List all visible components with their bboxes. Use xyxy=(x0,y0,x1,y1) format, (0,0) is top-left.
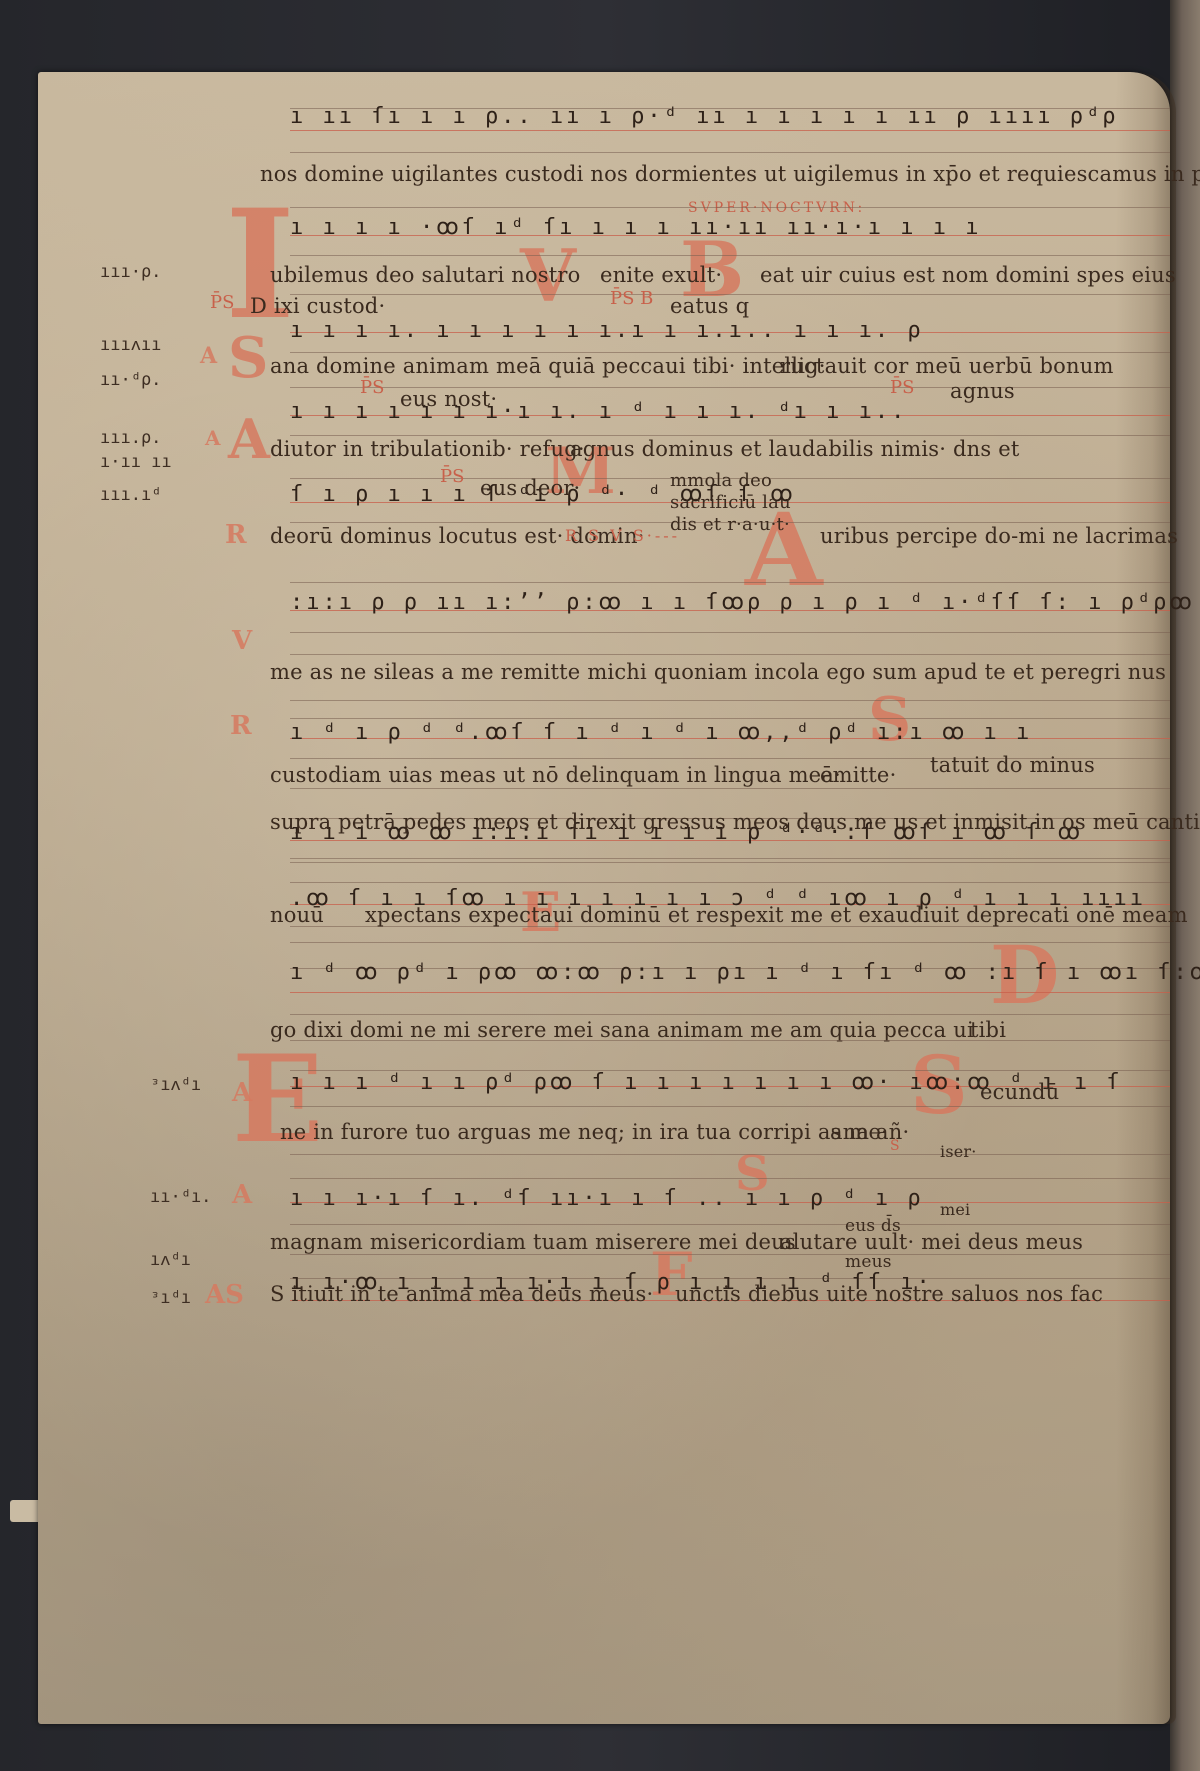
chant-text: eus deor· xyxy=(480,476,580,500)
rubric-versus: R S V S·--- xyxy=(565,526,680,545)
chant-system-10: ı ᵈ ꝏ ρᵈ ı ρꝏ ꝏ:ꝏ ρ:ı ı ρı ı ᵈ ı ſı ᵈ ꝏ … xyxy=(290,930,1170,1040)
margin-note: ıııᴧıı xyxy=(100,335,161,356)
chant-text: ubilemus deo salutari nostro xyxy=(270,263,581,287)
rubric-psalm: P̄S B xyxy=(610,288,653,309)
chant-text: agnus xyxy=(950,379,1015,403)
chant-text: dis et r·a·u·t· xyxy=(670,514,790,535)
page-tab-marker xyxy=(10,1500,40,1522)
chant-text: agnus dominus et laudabilis nimis· dns e… xyxy=(570,437,1019,461)
rubric-versus: S xyxy=(890,1138,900,1154)
chant-system-6: :ı:ı ρ ρ ıı ı:ʼʼ ρ:ꝏ ı ı ſꝏρ ρ ı ρ ı ᵈ ı… xyxy=(290,570,1170,680)
chant-system-5: ſ ı ρ ı ı ı ſ ᵈı ρ ᵈ· ᵈ ꝏſ ſ ꝏ P̄S eus d… xyxy=(290,470,1170,550)
chant-text: ana domine animam meā quiā peccaui tibi·… xyxy=(270,354,826,378)
chant-system-1: ı ıı ſı ı ı ρ.. ıı ı ρ·ᵈ ıı ı ı ı ı ı ıı… xyxy=(290,100,1170,195)
rubric-A: A xyxy=(205,428,221,448)
rubric-psalm: P̄S xyxy=(360,377,384,398)
margin-note: ııı.ρ. xyxy=(100,428,161,448)
margin-note: ᵌıᴧᵈı xyxy=(150,1075,201,1096)
margin-note: ıı·ᵈρ. xyxy=(100,370,161,390)
margin-note: ı·ıı ıı xyxy=(100,452,172,472)
chant-text: S itiuit in te anima mea deus meus· xyxy=(270,1282,653,1306)
rubric-A: A xyxy=(200,345,217,367)
rubric-A: A xyxy=(232,1182,252,1208)
margin-note: ıı·ᵈı. xyxy=(150,1187,211,1207)
neume-row: ı ı ı ı ·ꝏſ ıᵈ ſı ı ı ı ıı·ıı ıı·ı·ı ı ı… xyxy=(290,215,981,240)
rubric-R: R xyxy=(230,713,252,739)
chant-text: go dixi domi ne mi serere mei sana anima… xyxy=(270,1018,974,1042)
rubric-A-S: AS xyxy=(205,1282,244,1308)
margin-note: ᵌıᵈı xyxy=(150,1288,191,1308)
chant-system-3: P̄S D ixi custod· P̄S B eatus q ı ı ı ı.… xyxy=(290,290,1170,380)
chant-text: ne in furore tuo arguas me neq; in ira t… xyxy=(280,1120,888,1144)
chant-text: supra petrā pedes meos et direxit gressu… xyxy=(270,810,1200,834)
chant-text: eatus q xyxy=(670,294,749,318)
margin-note: ııı·ρ. xyxy=(100,262,161,282)
initial-A: A xyxy=(228,412,270,466)
margin-note: ıᴧᵈı xyxy=(150,1250,191,1271)
chant-system-11: ı ı ı ᵈ ı ı ρᵈ ρꝏ ſ ı ı ı ı ı ı ı ꝏ· ıꝏ:… xyxy=(290,1040,1170,1160)
initial-S: S xyxy=(228,330,268,386)
chant-text-superscript: mei xyxy=(940,1200,970,1219)
chant-text-superscript: meus xyxy=(845,1252,892,1272)
chant-text: xpectans expectaui dominū et respexit me… xyxy=(365,903,1188,927)
chant-text-superscript: eus d̄s xyxy=(845,1216,901,1236)
chant-text: uribus percipe do-mi ne lacrimas xyxy=(820,524,1178,548)
chant-text-superscript: iser· xyxy=(940,1142,977,1161)
chant-text: tibi xyxy=(970,1018,1006,1042)
chant-text: unctis diebus uite nostre saluos nos fac xyxy=(675,1282,1103,1306)
chant-text: D ixi custod· xyxy=(250,294,385,318)
chant-text: eat uir cuius est nom domini spes eius xyxy=(760,263,1176,287)
chant-system-4: P̄S eus nost· P̄S agnus ı ı ı ı ı ı ı·ı … xyxy=(290,385,1170,465)
chant-text: ructauit cor meū uerbū bonum xyxy=(780,354,1114,378)
neume-row: ı ᵈ ꝏ ρᵈ ı ρꝏ ꝏ:ꝏ ρ:ı ı ρı ı ᵈ ı ſı ᵈ ꝏ … xyxy=(290,960,1200,985)
rubric-A: A xyxy=(232,1080,252,1106)
neume-row: ı ı ı ı ı ı ı·ı ı. ı ᵈ ı ı ı. ᵈı ı ı.. xyxy=(290,399,907,424)
chant-text: mmola deo xyxy=(670,470,772,491)
chant-system-7: ı ᵈ ı ρ ᵈ ᵈ.ꝏſ ſ ı ᵈ ı ᵈ ı ꝏ,,ᵈ ρᵈ ı:ı ꝏ… xyxy=(290,680,1170,780)
chant-text: sacrificiū lau xyxy=(670,492,791,513)
chant-text: nos domine uigilantes custodi nos dormie… xyxy=(260,162,1200,186)
neume-row: ı ᵈ ı ρ ᵈ ᵈ.ꝏſ ſ ı ᵈ ı ᵈ ı ꝏ,,ᵈ ρᵈ ı:ı ꝏ… xyxy=(290,720,1032,745)
rubric-psalm: P̄S xyxy=(890,377,914,398)
neume-row: :ı:ı ρ ρ ıı ı:ʼʼ ρ:ꝏ ı ı ſꝏρ ρ ı ρ ı ᵈ ı… xyxy=(290,590,1195,615)
margin-note: ııı.ıᵈ xyxy=(100,485,161,505)
neume-row: ı ıı ſı ı ı ρ.. ıı ı ρ·ᵈ ıı ı ı ı ı ı ıı… xyxy=(290,104,1119,129)
rubric-V: V xyxy=(232,628,252,654)
rubric-R: R xyxy=(225,522,247,548)
chant-text: enite exult· xyxy=(600,263,722,287)
neume-row: ı ı ı ı. ı ı ı ı ı ı.ı ı ı.ı.. ı ı ı. ρ xyxy=(290,318,924,343)
rubric-psalm: P̄S xyxy=(440,466,464,487)
chant-system-2: ı ı ı ı ·ꝏſ ıᵈ ſı ı ı ı ıı·ıı ıı·ı·ı ı ı… xyxy=(290,205,1170,285)
chant-text: diutor in tribulationib· refug· xyxy=(270,437,585,461)
chant-text: ecundū xyxy=(980,1080,1059,1104)
chant-text: nouū xyxy=(270,903,324,927)
chant-system-13: eus d̄s ı ı·ꝏ ı ı ı ı ı·ı ı ſ ρ ı ı ı ı … xyxy=(290,1220,1170,1340)
neume-row: ı ı ı·ı ſ ı. ᵈſ ıı·ı ı ſ .. ı ı ρ ᵈ ı ρ xyxy=(290,1186,924,1211)
rubric-psalm: P̄S xyxy=(210,292,234,313)
